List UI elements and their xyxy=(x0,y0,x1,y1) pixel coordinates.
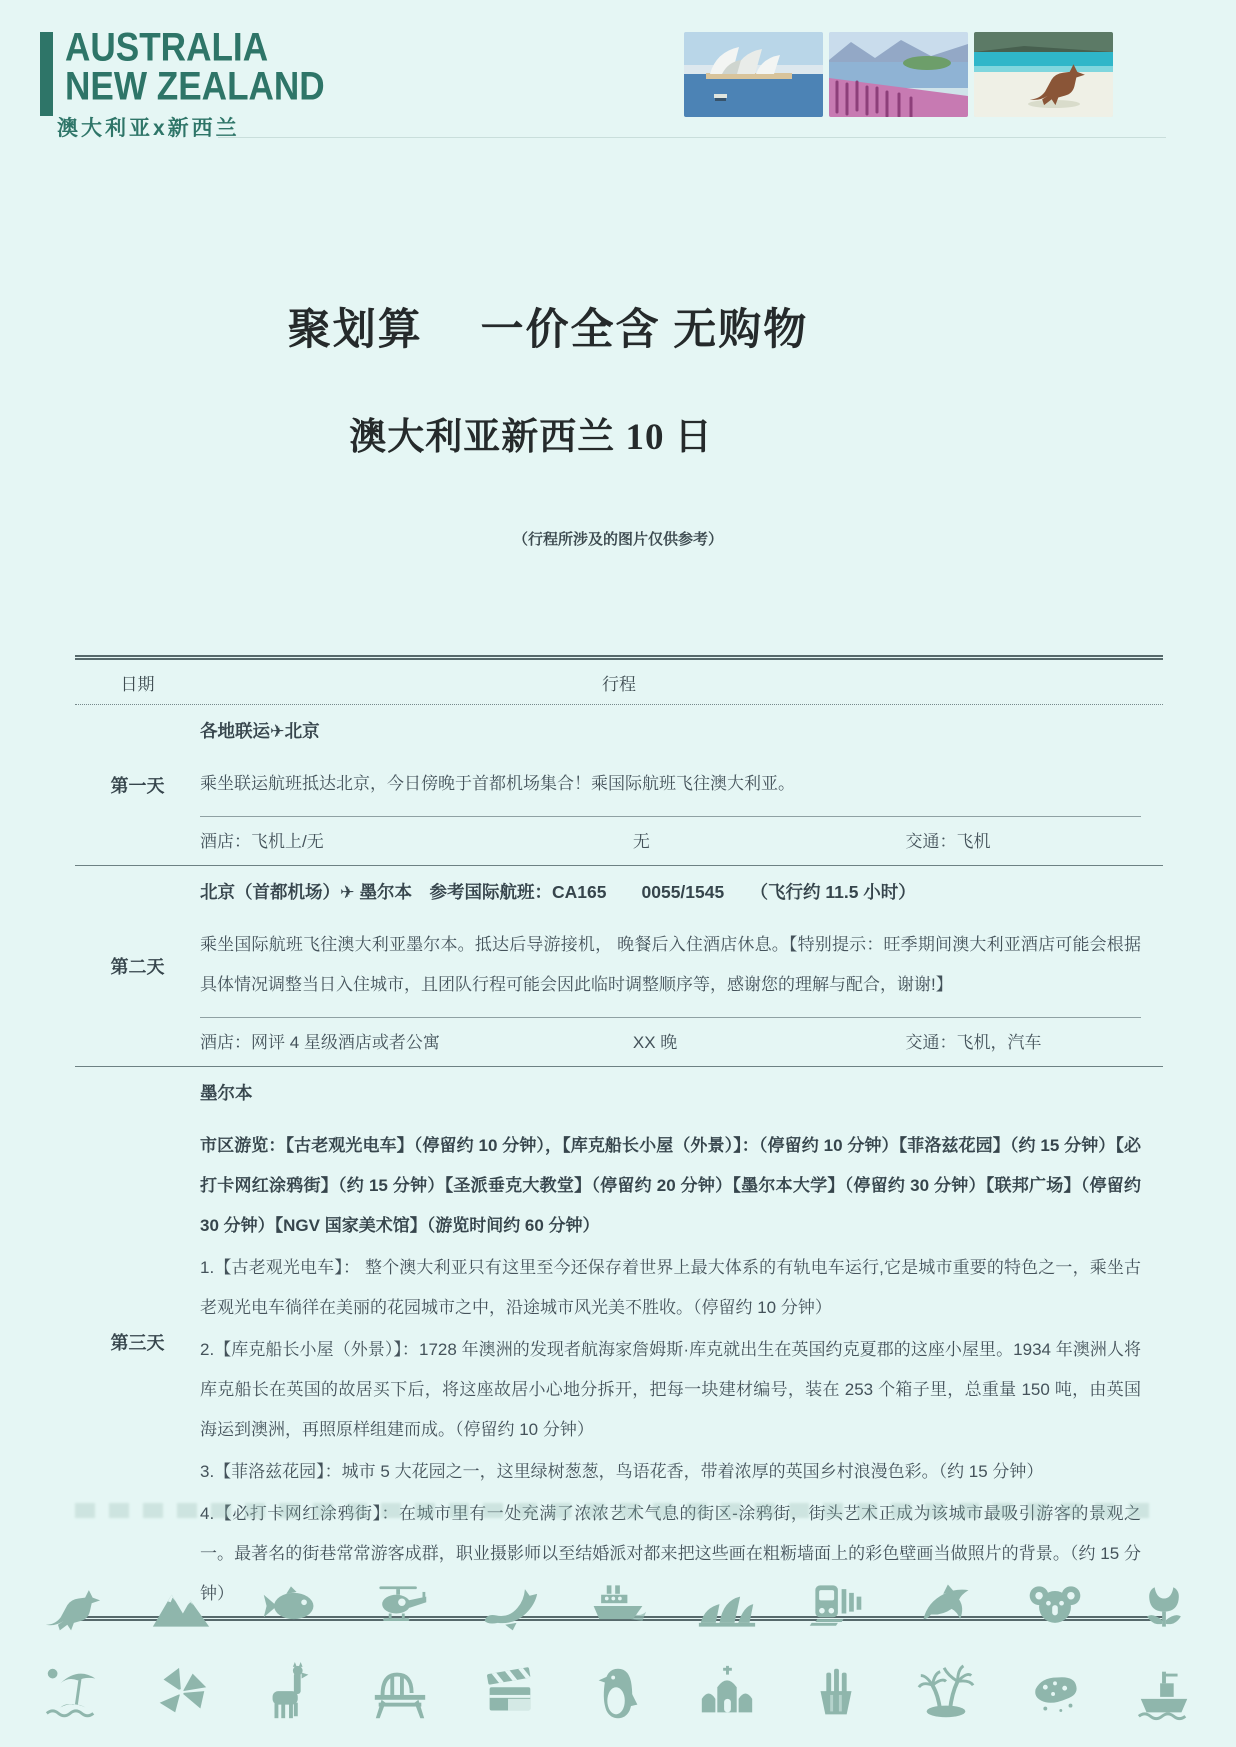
mountains-icon xyxy=(131,1576,231,1636)
day-heading: 各地联运✈北京 xyxy=(200,718,1141,744)
train-icon xyxy=(786,1576,886,1636)
day-content: 北京（首都机场）✈ 墨尔本 参考国际航班：CA165 0055/1545 （飞行… xyxy=(200,866,1163,1066)
ferry-icon xyxy=(568,1576,668,1636)
day-paragraph: 1.【古老观光电车】： 整个澳大利亚只有这里至今还保存着世界上最大体系的有轨电车… xyxy=(200,1248,1141,1328)
bench-icon xyxy=(350,1662,450,1724)
logo-wordmark: AUSTRALIA NEW ZEALAND xyxy=(65,28,325,123)
day-paragraph: 乘坐国际航班飞往澳大利亚墨尔本。抵达后导游接机， 晚餐后入住酒店休息。【特别提示… xyxy=(200,925,1141,1005)
tulip-icon xyxy=(1114,1576,1214,1636)
cargo-ship-icon xyxy=(1114,1662,1214,1724)
penguin-icon xyxy=(568,1662,668,1724)
itinerary-day-row: 第二天北京（首都机场）✈ 墨尔本 参考国际航班：CA165 0055/1545 … xyxy=(75,866,1163,1067)
day-label: 第三天 xyxy=(75,1067,200,1616)
itinerary-day-row: 第三天墨尔本市区游览：【古老观光电车】（停留约 10 分钟），【库克船长小屋（外… xyxy=(75,1067,1163,1616)
fish-icon xyxy=(240,1576,340,1636)
photo-disclaimer: （行程所涉及的图片仅供参考） xyxy=(0,528,1236,549)
page-title: 聚划算 一价全含 无购物 xyxy=(0,296,1096,357)
church-icon xyxy=(677,1662,777,1724)
day-heading: 北京（首都机场）✈ 墨尔本 参考国际航班：CA165 0055/1545 （飞行… xyxy=(200,879,1141,905)
hotel-info-row: 酒店：飞机上/无无交通：飞机 xyxy=(200,816,1141,865)
transport-label: 交通：飞机，汽车 xyxy=(878,1028,1141,1053)
hotel-info-row: 酒店：网评 4 星级酒店或者公寓XX 晚交通：飞机，汽车 xyxy=(200,1017,1141,1066)
koala-icon xyxy=(1005,1576,1105,1636)
clapperboard-icon xyxy=(459,1662,559,1724)
footer-icon-row-1 xyxy=(22,1576,1214,1636)
itinerary-day-row: 第一天各地联运✈北京乘坐联运航班抵达北京，今日傍晚于首都机场集合！乘国际航班飞往… xyxy=(75,705,1163,866)
itinerary-table: 日期 行程 第一天各地联运✈北京乘坐联运航班抵达北京，今日傍晚于首都机场集合！乘… xyxy=(75,655,1163,1621)
day-content: 各地联运✈北京乘坐联运航班抵达北京，今日傍晚于首都机场集合！乘国际航班飞往澳大利… xyxy=(200,705,1163,865)
header-divider xyxy=(218,137,1166,138)
hotel-label: 酒店：飞机上/无 xyxy=(200,827,633,852)
logo-chinese-subtitle: 澳大利亚x新西兰 xyxy=(57,112,240,142)
table-header-row: 日期 行程 xyxy=(75,660,1163,705)
nights-label: 无 xyxy=(633,827,878,852)
photo-kangaroo-beach xyxy=(974,32,1113,117)
pinwheel-icon xyxy=(131,1662,231,1724)
header-photo-strip xyxy=(684,32,1113,117)
logo-line2: NEW ZEALAND xyxy=(65,67,325,106)
opera-house-icon xyxy=(677,1576,777,1636)
fries-icon xyxy=(786,1662,886,1724)
page-subtitle: 澳大利亚新西兰 10 日 xyxy=(0,406,1062,460)
day-heading: 墨尔本 xyxy=(200,1080,1141,1106)
transport-label: 交通：飞机 xyxy=(878,827,1141,852)
day-label: 第二天 xyxy=(75,866,200,1066)
photo-lake-lupins xyxy=(829,32,968,117)
dolphin-icon xyxy=(896,1576,996,1636)
photo-sydney-opera-house xyxy=(684,32,823,117)
day-rows-container: 第一天各地联运✈北京乘坐联运航班抵达北京，今日傍晚于首都机场集合！乘国际航班飞往… xyxy=(75,705,1163,1616)
kangaroo-icon xyxy=(22,1576,122,1636)
brand-logo: AUSTRALIA NEW ZEALAND xyxy=(40,28,338,116)
palm-island-icon xyxy=(896,1662,996,1724)
helicopter-icon xyxy=(350,1576,450,1636)
hotel-label: 酒店：网评 4 星级酒店或者公寓 xyxy=(200,1028,633,1053)
day-label: 第一天 xyxy=(75,705,200,865)
day-highlights: 市区游览：【古老观光电车】（停留约 10 分钟），【库克船长小屋（外景）】：（停… xyxy=(200,1126,1141,1246)
reef-map-icon xyxy=(1005,1662,1105,1724)
travel-itinerary-page: { "colors":{"page_bg":"#e5f6f4","accent_… xyxy=(0,0,1236,1747)
column-header-plan: 行程 xyxy=(75,670,1163,695)
day-paragraph: 2.【库克船长小屋（外景）】：1728 年澳洲的发现者航海家詹姆斯·库克就出生在… xyxy=(200,1330,1141,1450)
beach-umbrella-icon xyxy=(22,1662,122,1724)
footer-icon-row-2 xyxy=(22,1662,1214,1724)
seal-icon xyxy=(459,1576,559,1636)
day-paragraph: 乘坐联运航班抵达北京，今日傍晚于首都机场集合！乘国际航班飞往澳大利亚。 xyxy=(200,764,1141,804)
logo-bar xyxy=(40,32,53,116)
nights-label: XX 晚 xyxy=(633,1028,878,1053)
day-content: 墨尔本市区游览：【古老观光电车】（停留约 10 分钟），【库克船长小屋（外景）】… xyxy=(200,1067,1163,1616)
logo-line1: AUSTRALIA xyxy=(65,28,325,67)
llama-icon xyxy=(240,1662,340,1724)
day-paragraph: 3.【菲洛兹花园】：城市 5 大花园之一，这里绿树葱葱，鸟语花香，带着浓厚的英国… xyxy=(200,1452,1141,1492)
